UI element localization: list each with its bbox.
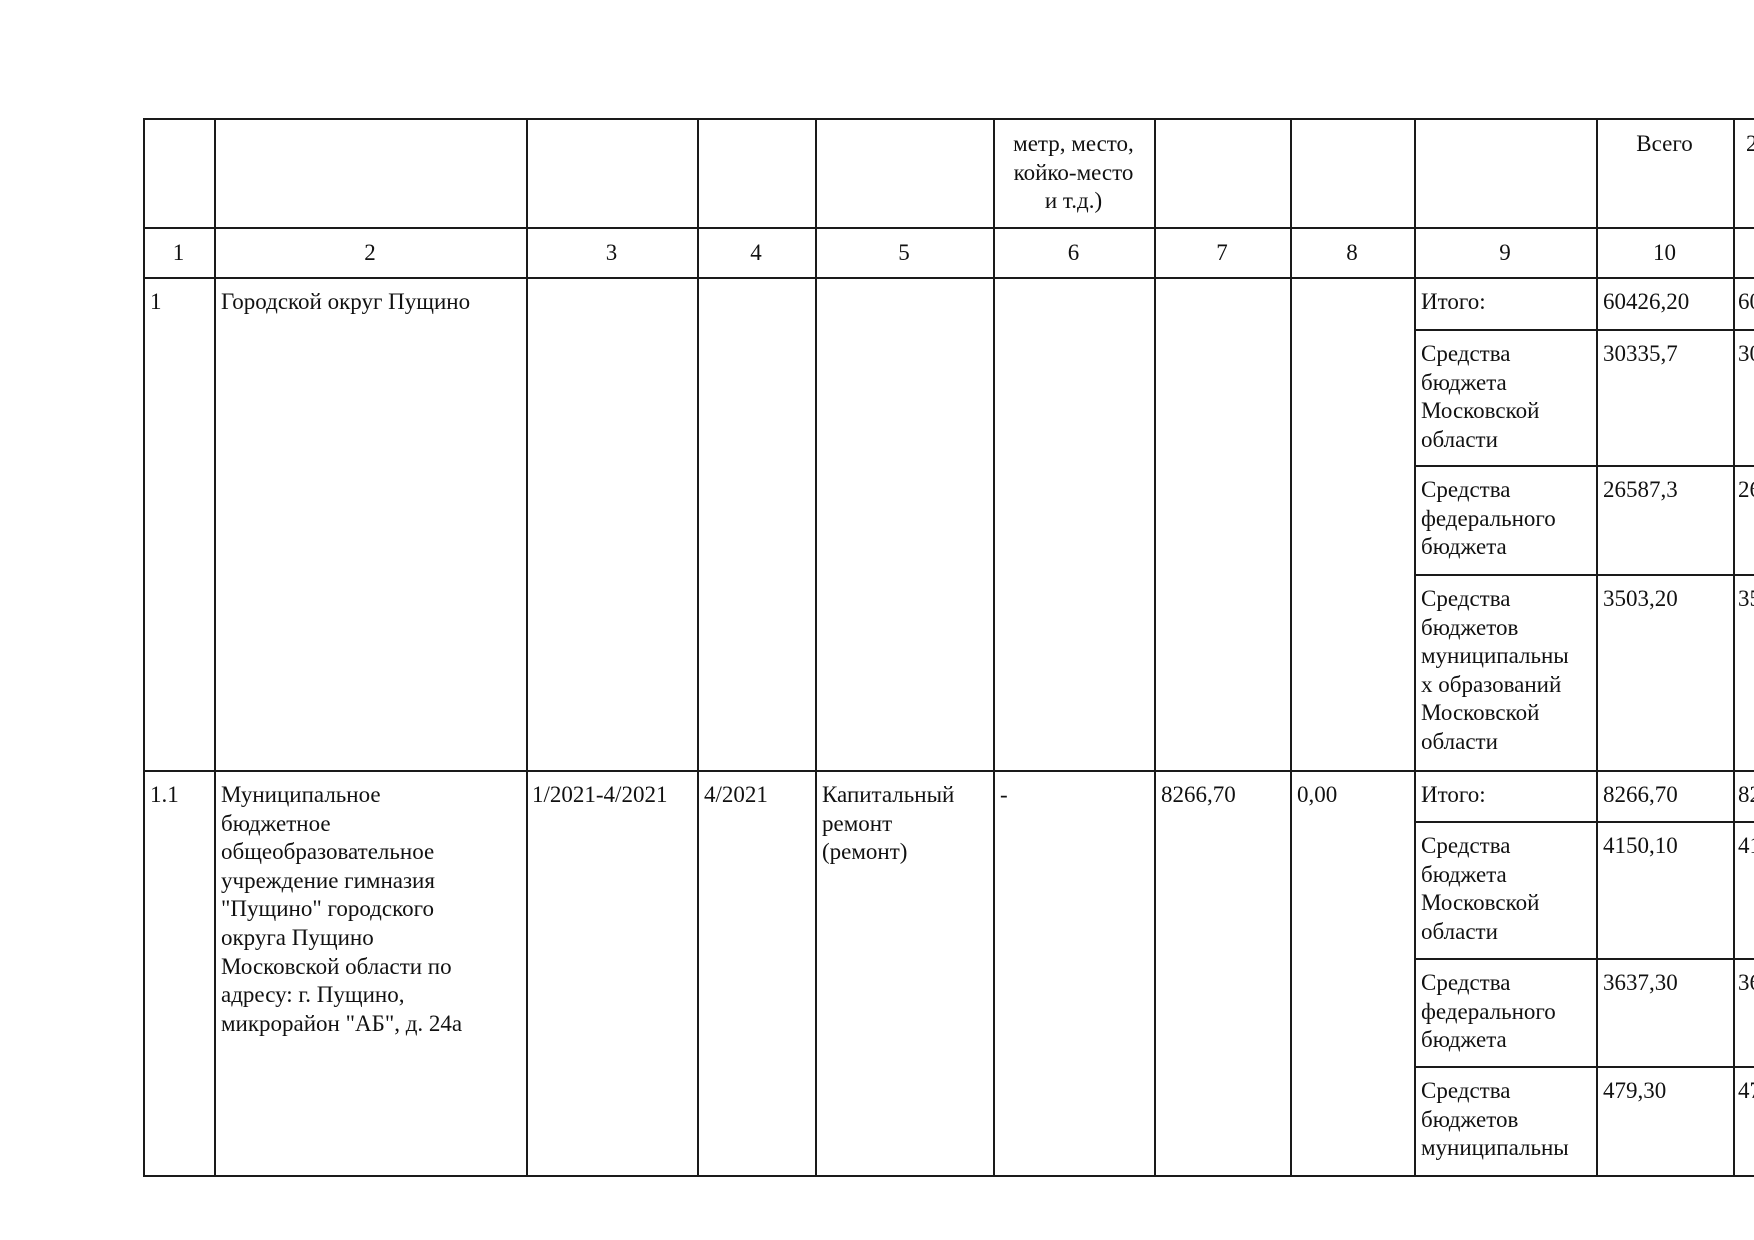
funding-next-partial: 35 [1735, 576, 1754, 614]
column-divider [143, 118, 145, 1176]
funding-total: 3503,20 [1596, 576, 1733, 614]
column-number: 1 [143, 229, 214, 268]
column-number: 6 [993, 229, 1154, 268]
funding-total: 479,30 [1596, 1068, 1733, 1106]
funding-source: Средства бюджетов муниципальны [1414, 1068, 1596, 1163]
column-divider [526, 118, 528, 1176]
column-number: 7 [1154, 229, 1290, 268]
funding-total: 3637,30 [1596, 960, 1733, 998]
funding-total: 8266,70 [1596, 772, 1733, 810]
budget-table: метр, место, койко-место и т.д.) Всего 2… [0, 0, 1754, 1240]
column-number: 4 [697, 229, 815, 268]
funding-next-partial: 82 [1735, 772, 1754, 810]
header-cell-unit: метр, место, койко-место и т.д.) [993, 120, 1154, 216]
row-number: 1 [143, 279, 214, 317]
table-border-bottom [143, 1175, 1754, 1177]
header-cell-year-partial: 2 [1735, 120, 1754, 159]
column-divider [1733, 118, 1735, 1176]
row-name: Городской округ Пущино [214, 279, 526, 317]
funding-next-partial: 26 [1735, 467, 1754, 505]
funding-source: Средства бюджета Московской области [1414, 823, 1596, 946]
column-divider [697, 118, 699, 1176]
funding-total: 4150,10 [1596, 823, 1733, 861]
column-divider [1290, 118, 1292, 1176]
column-number: 2 [214, 229, 526, 268]
funding-next-partial: 60 [1735, 279, 1754, 317]
funding-next-partial: 36 [1735, 960, 1754, 998]
funding-source: Средства бюджетов муниципальны х образов… [1414, 576, 1596, 757]
row-completion: 4/2021 [697, 772, 815, 810]
column-divider [1596, 118, 1598, 1176]
column-divider [1154, 118, 1156, 1176]
row-name: Муниципальное бюджетное общеобразователь… [214, 772, 526, 1038]
row-period: 1/2021-4/2021 [526, 772, 697, 810]
column-divider [815, 118, 817, 1176]
column-number: 10 [1596, 229, 1733, 268]
column-number: 5 [815, 229, 993, 268]
column-number: 3 [526, 229, 697, 268]
column-number: 8 [1290, 229, 1414, 268]
table-border-top [143, 118, 1754, 120]
row-number: 1.1 [143, 772, 214, 810]
funding-next-partial: 30 [1735, 331, 1754, 369]
funding-total: 26587,3 [1596, 467, 1733, 505]
funding-source: Итого: [1414, 279, 1596, 317]
row-financed: 0,00 [1290, 772, 1414, 810]
header-cell-total: Всего [1596, 120, 1733, 159]
row-capacity: - [993, 772, 1154, 810]
funding-total: 30335,7 [1596, 331, 1733, 369]
funding-total: 60426,20 [1596, 279, 1733, 317]
row-work-type: Капитальный ремонт (ремонт) [815, 772, 993, 867]
funding-source: Средства федерального бюджета [1414, 467, 1596, 562]
row-cost: 8266,70 [1154, 772, 1290, 810]
funding-next-partial: 41 [1735, 823, 1754, 861]
funding-source: Средства бюджета Московской области [1414, 331, 1596, 454]
funding-next-partial: 47 [1735, 1068, 1754, 1106]
column-number: 9 [1414, 229, 1596, 268]
column-divider [993, 118, 995, 1176]
funding-source: Итого: [1414, 772, 1596, 810]
funding-source: Средства федерального бюджета [1414, 960, 1596, 1055]
